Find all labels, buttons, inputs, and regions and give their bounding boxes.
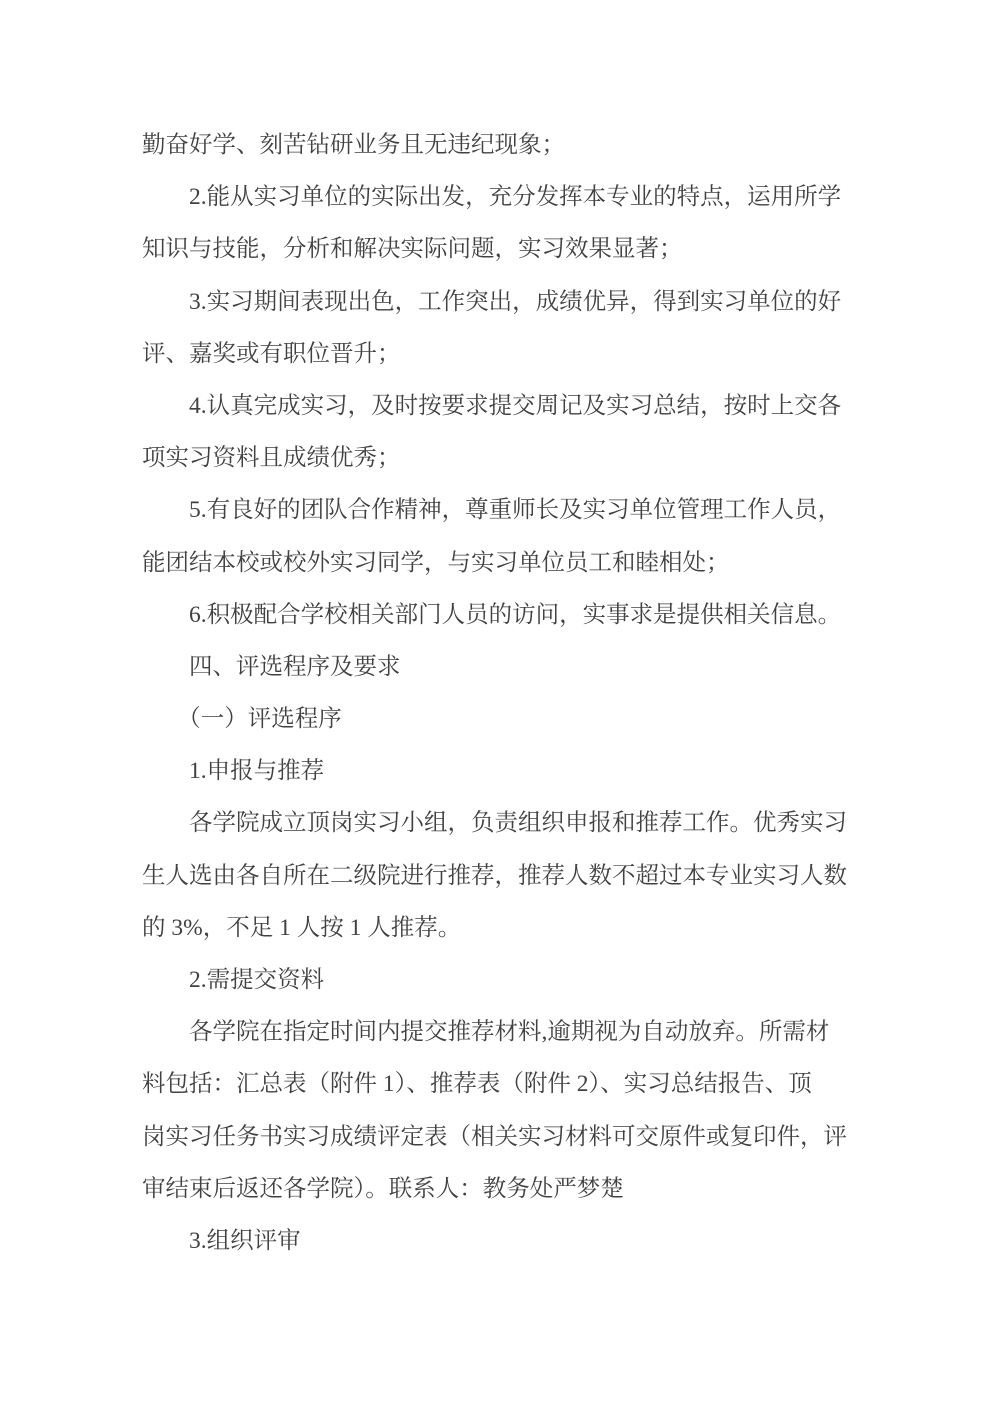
document-text-block: 勤奋好学、刻苦钻研业务且无违纪现象； 2.能从实习单位的实际出发，充分发挥本专业… bbox=[142, 119, 854, 1267]
section-heading: 四、评选程序及要求 bbox=[142, 641, 854, 693]
criteria-item-2-line: 知识与技能，分析和解决实际问题，实习效果显著； bbox=[142, 223, 854, 275]
step-3-heading: 3.组织评审 bbox=[142, 1215, 854, 1267]
criteria-item-5-line: 5.有良好的团队合作精神，尊重师长及实习单位管理工作人员， bbox=[142, 484, 854, 536]
criteria-item-6-line: 6.积极配合学校相关部门人员的访问，实事求是提供相关信息。 bbox=[142, 589, 854, 641]
criteria-item-4-line: 4.认真完成实习，及时按要求提交周记及实习总结，按时上交各 bbox=[142, 380, 854, 432]
subsection-heading: （一）评选程序 bbox=[142, 693, 854, 745]
paragraph-line: 生人选由各自所在二级院进行推荐，推荐人数不超过本专业实习人数 bbox=[142, 850, 854, 902]
step-2-heading: 2.需提交资料 bbox=[142, 954, 854, 1006]
paragraph-line: 各学院成立顶岗实习小组，负责组织申报和推荐工作。优秀实习 bbox=[142, 797, 854, 849]
step-1-heading: 1.申报与推荐 bbox=[142, 745, 854, 797]
criteria-item-4-line: 项实习资料且成绩优秀； bbox=[142, 432, 854, 484]
criteria-item-3-line: 3.实习期间表现出色，工作突出，成绩优异，得到实习单位的好 bbox=[142, 276, 854, 328]
paragraph-line: 岗实习任务书实习成绩评定表（相关实习材料可交原件或复印件，评 bbox=[142, 1111, 854, 1163]
criteria-item-5-line: 能团结本校或校外实习同学，与实习单位员工和睦相处； bbox=[142, 537, 854, 589]
criteria-item-3-line: 评、嘉奖或有职位晋升； bbox=[142, 328, 854, 380]
paragraph-line: 各学院在指定时间内提交推荐材料,逾期视为自动放弃。所需材 bbox=[142, 1006, 854, 1058]
paragraph-continuation-line: 勤奋好学、刻苦钻研业务且无违纪现象； bbox=[142, 119, 854, 171]
criteria-item-2-line: 2.能从实习单位的实际出发，充分发挥本专业的特点，运用所学 bbox=[142, 171, 854, 223]
paragraph-line: 的 3%，不足 1 人按 1 人推荐。 bbox=[142, 902, 854, 954]
document-page: 勤奋好学、刻苦钻研业务且无违纪现象； 2.能从实习单位的实际出发，充分发挥本专业… bbox=[0, 0, 992, 1403]
paragraph-line: 料包括：汇总表（附件 1）、推荐表（附件 2）、实习总结报告、顶 bbox=[142, 1058, 854, 1110]
paragraph-line: 审结束后返还各学院）。联系人：教务处严梦楚 bbox=[142, 1163, 854, 1215]
